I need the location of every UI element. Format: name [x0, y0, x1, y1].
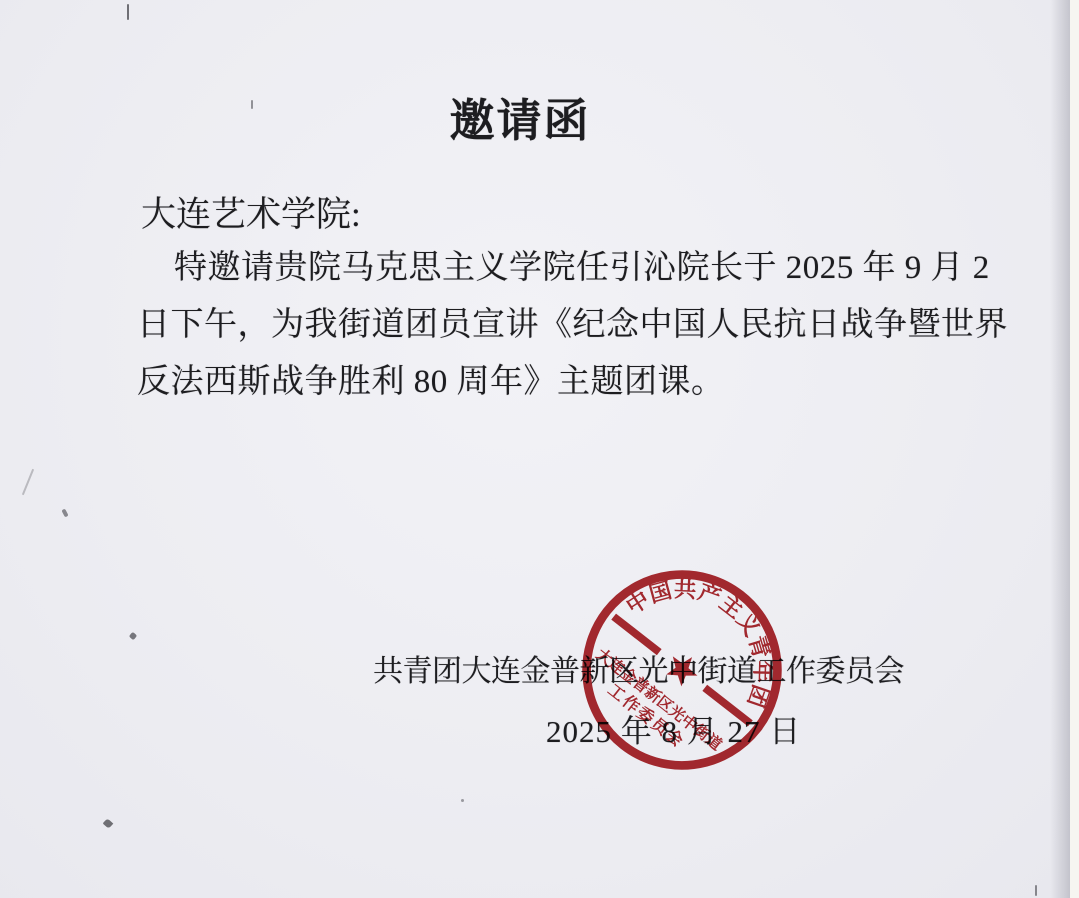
body-paragraph: 特邀请贵院马克思主义学院任引沁院长于 2025 年 9 月 2 日下午，为我街道…: [137, 240, 1008, 411]
seal-graphic: 中国共产主义青年团 大连金普新区光中街道 工作委员会: [533, 521, 831, 819]
scan-speck: [461, 799, 464, 802]
scan-speck: [22, 469, 34, 496]
seal-left-bar: [611, 614, 661, 656]
seal-right-bar: [702, 685, 752, 727]
document-title: 邀请函: [0, 84, 1040, 149]
scan-speck: [103, 818, 114, 829]
scan-speck: [127, 4, 129, 20]
seal-star: [662, 647, 705, 690]
scan-speck: [61, 509, 68, 518]
body-line-2: 日下午，为我街道团员宣讲《纪念中国人民抗日战争暨世界: [137, 297, 1008, 354]
scan-speck: [129, 632, 137, 640]
body-line-1: 特邀请贵院马克思主义学院任引沁院长于 2025 年 9 月 2: [137, 240, 1008, 297]
scan-speck: [251, 100, 253, 109]
scan-speck: [1035, 885, 1037, 896]
scanned-invitation-letter: 邀请函 大连艺术学院: 特邀请贵院马克思主义学院任引沁院长于 2025 年 9 …: [0, 0, 1079, 898]
recipient-line: 大连艺术学院:: [141, 187, 361, 237]
paper-edge: [1070, 0, 1079, 898]
official-seal: 中国共产主义青年团 大连金普新区光中街道 工作委员会: [533, 521, 831, 819]
paper-edge-shadow: [1050, 0, 1070, 898]
body-line-3: 反法西斯战争胜利 80 周年》主题团课。: [137, 354, 1008, 411]
